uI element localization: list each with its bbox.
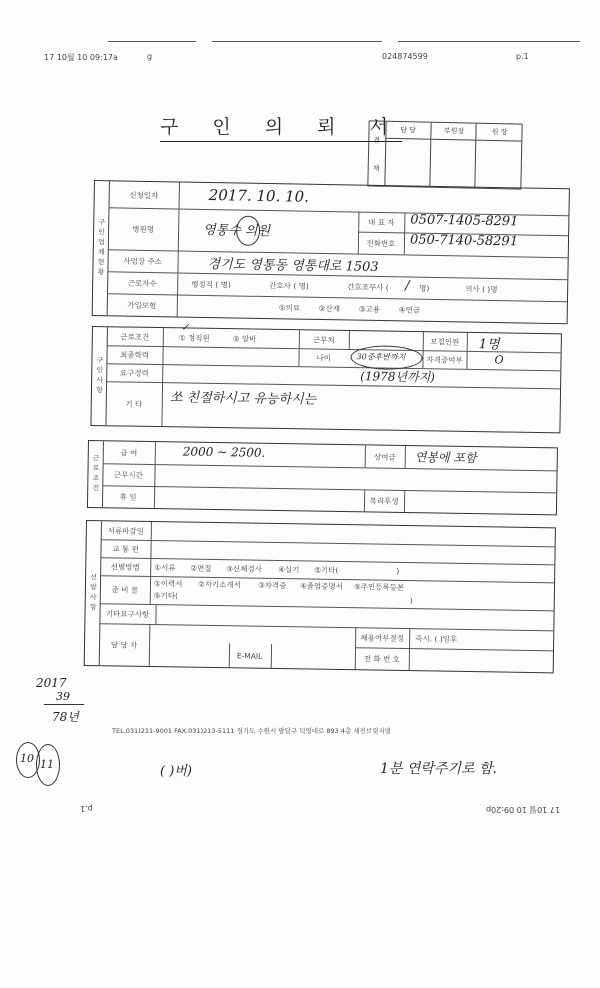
form-footer: TEL.031)211-9001 FAX.031)213-5111 경기도 수원… bbox=[112, 726, 391, 735]
scan-line bbox=[212, 41, 382, 42]
fax-datetime: 17 10월 10 09:17a bbox=[44, 52, 118, 63]
row-other: 기 타 쏘 친절하시고 유능하시는 bbox=[105, 381, 560, 432]
headcount-value[interactable]: 1명 bbox=[479, 333, 500, 352]
bottom-note-2: 1분 연락주기로 함. bbox=[380, 758, 497, 778]
bonus-value[interactable]: 연봉에 포함 bbox=[415, 448, 477, 466]
address-value[interactable]: 경기도 영통동 영통대로 1503 bbox=[207, 253, 378, 275]
license-value[interactable]: O bbox=[494, 353, 503, 366]
scan-line bbox=[398, 41, 580, 42]
insurance-option-medical[interactable]: ①의료 bbox=[279, 296, 301, 318]
check-mark: ✓ bbox=[181, 322, 190, 333]
fax-flag: g bbox=[147, 52, 152, 61]
age-value[interactable]: 30중후반까지 bbox=[356, 351, 405, 363]
section-institution: 구인업체현황 신청일자 2017. 10. 10. 병원명 영통수 의원 대 표… bbox=[92, 180, 570, 324]
row-contact: 담 당 자 E-MAIL 채용여부결정 즉시. ( )일후 전 화 번 호 bbox=[99, 623, 554, 672]
date-circle-1: 10 bbox=[20, 752, 34, 765]
application-date-value[interactable]: 2017. 10. 10. bbox=[209, 186, 310, 206]
approval-col-staff[interactable]: 담 당 bbox=[384, 122, 430, 187]
circle-mark bbox=[236, 215, 261, 245]
margin-note-age: 39 bbox=[56, 690, 70, 703]
hire-decision-value[interactable]: 즉시. ( )일후 bbox=[415, 628, 457, 649]
mirrored-page: p.1 bbox=[80, 804, 93, 813]
phone-value[interactable]: 050-7140-58291 bbox=[410, 233, 518, 250]
salary-value[interactable]: 2000 ~ 2500. bbox=[183, 444, 266, 459]
mirrored-datetime: 17 10월 10 09:20p bbox=[486, 804, 560, 815]
insurance-option-pension[interactable]: ④연금 bbox=[399, 298, 421, 320]
section-recruit: 구인사항 근로조건 ① 정직원 ✓ ② 알바 근무처 모집인원 1명 최종학력 … bbox=[90, 326, 562, 433]
margin-note-birth: 78년 bbox=[52, 708, 79, 725]
bottom-note-1: ( )버) bbox=[160, 760, 192, 779]
fax-page: p.1 bbox=[516, 52, 529, 61]
fax-number: 024874599 bbox=[382, 52, 428, 61]
age-note: (1978년까지) bbox=[360, 367, 435, 385]
approval-box: 결 재 담 당 부원장 원 장 bbox=[367, 120, 522, 189]
date-circle-2: 11 bbox=[40, 758, 54, 771]
option-parttime[interactable]: ② 알바 bbox=[233, 329, 257, 347]
form-title: 구 인 의 뢰 서 bbox=[160, 112, 402, 142]
insurance-option-industrial[interactable]: ②산재 bbox=[319, 297, 341, 319]
insurance-option-employment[interactable]: ③고용 bbox=[359, 298, 381, 320]
approval-col-vice-director[interactable]: 부원장 bbox=[429, 123, 476, 188]
approval-label-1: 결 bbox=[373, 135, 380, 145]
representative-value[interactable]: 0507-1405-8291 bbox=[410, 213, 518, 230]
scan-line bbox=[108, 41, 196, 42]
margin-note-year: 2017 bbox=[36, 676, 67, 690]
section-selection: 선발사항 서류마감일 교 통 편 선별방법 ①서류 ②면접 ③신체검사 ④실기 … bbox=[84, 520, 556, 673]
approval-col-director[interactable]: 원 장 bbox=[474, 124, 522, 189]
approval-label-2: 재 bbox=[373, 163, 380, 173]
other-value[interactable]: 쏘 친절하시고 유능하시는 bbox=[170, 386, 317, 407]
section-conditions: 근로조건 급 여 2000 ~ 2500. 상여금 연봉에 포함 근무시간 휴 … bbox=[87, 440, 558, 515]
